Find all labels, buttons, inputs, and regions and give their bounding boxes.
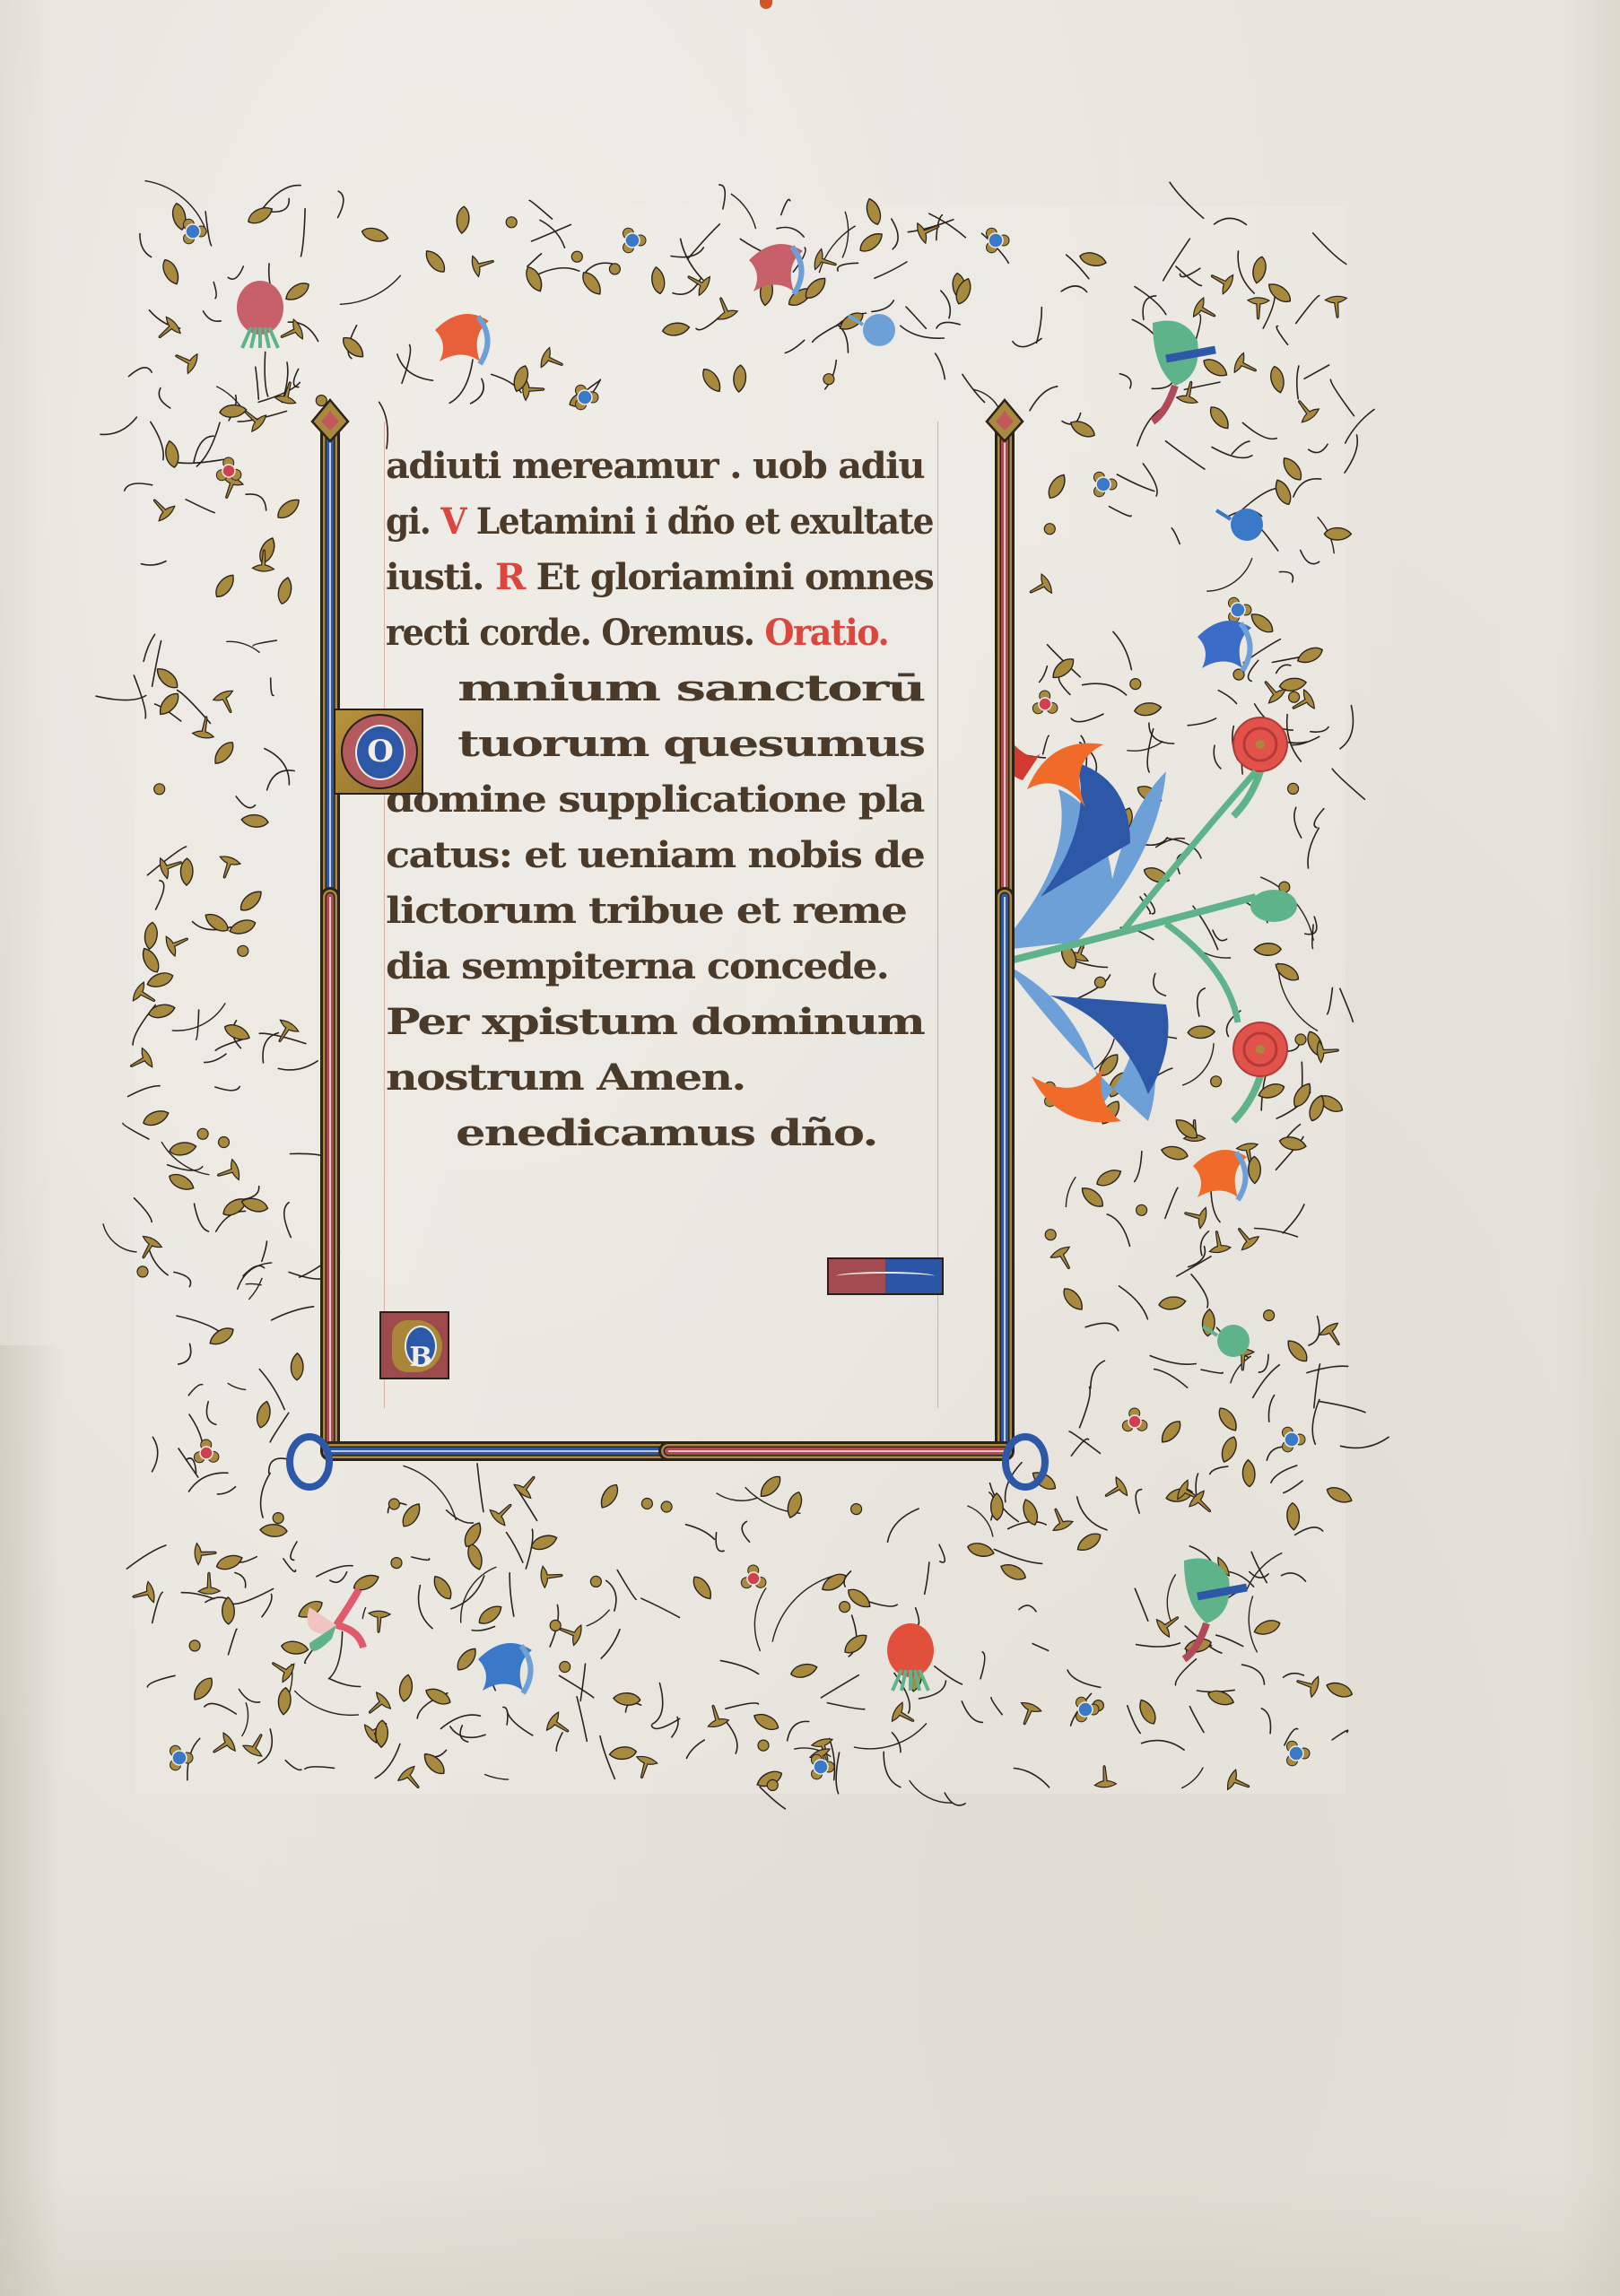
rubric-text: Oratio. — [764, 612, 888, 654]
text-line: adiuti mereamur . uob adiu — [386, 439, 924, 493]
text-segment: mnium sanctorū — [457, 667, 924, 709]
blue-flower-icon — [814, 1760, 828, 1774]
rubric-text: R — [495, 556, 525, 598]
gold-berry — [1264, 1310, 1275, 1321]
ink-tendril — [719, 185, 725, 209]
text-segment: lictorum tribue et reme — [386, 890, 906, 932]
red-flower-icon — [1039, 698, 1051, 710]
text-segment: gi. — [386, 500, 440, 543]
ruling-line-left — [384, 422, 385, 1408]
red-flower-icon — [222, 465, 235, 477]
red-flower-icon — [1128, 1415, 1141, 1428]
line-filler-swirl — [836, 1272, 935, 1281]
blue-flower-icon — [186, 224, 200, 239]
initial-letter: O — [357, 734, 404, 770]
gold-berry — [1295, 1034, 1306, 1045]
gold-berry — [137, 1266, 148, 1277]
text-line: Per xpistum dominum — [386, 996, 924, 1049]
text-segment: nostrum Amen. — [386, 1057, 745, 1099]
text-segment: tuorum quesumus — [457, 723, 924, 765]
blue-flower-icon — [989, 233, 1003, 248]
initial-letter: B — [406, 1340, 435, 1376]
text-line: enedicamus dño. — [456, 1107, 877, 1161]
text-line: tuorum quesumus — [457, 717, 924, 771]
gold-berry — [851, 1504, 862, 1515]
red-flower-icon — [747, 1572, 760, 1585]
blue-flower-icon — [1289, 1746, 1303, 1761]
gold-berry — [197, 1128, 208, 1139]
gold-berry — [273, 1513, 283, 1524]
text-segment: dia sempiterna concede. — [386, 945, 888, 987]
rubric-text: V — [440, 500, 466, 543]
text-segment: Per xpistum dominum — [386, 1001, 924, 1043]
illuminated-initial-b: B — [379, 1311, 449, 1379]
text-line: dia sempiterna concede. — [386, 940, 888, 994]
gold-berry — [238, 945, 248, 956]
gold-berry — [840, 1602, 850, 1613]
blue-flower-icon — [1096, 477, 1110, 491]
text-segment: adiuti mereamur . uob adiu — [386, 445, 924, 487]
text-line: domine supplicatione pla — [386, 773, 924, 827]
gold-berry — [506, 217, 517, 228]
ink-tendril — [263, 186, 301, 209]
text-line: gi. V Letamini i dño et exultate — [386, 495, 933, 549]
line-filler — [827, 1257, 944, 1295]
ink-tendril — [945, 1793, 965, 1805]
gold-berry — [641, 1499, 652, 1509]
text-line: recti corde. Oremus. Oratio. — [386, 606, 888, 660]
initial-inner-blue: B — [405, 1326, 437, 1367]
text-line: nostrum Amen. — [386, 1051, 745, 1105]
text-line: catus: et ueniam nobis de — [386, 829, 924, 883]
gold-berry — [571, 251, 582, 262]
gold-berry — [1045, 1230, 1056, 1240]
gold-berry — [758, 1740, 769, 1751]
blue-flower-icon — [625, 233, 640, 248]
ink-tendril — [1341, 1437, 1389, 1448]
gold-berry — [154, 784, 165, 795]
gold-berry — [767, 1779, 778, 1790]
text-line: lictorum tribue et reme — [386, 884, 906, 938]
red-flower-icon — [200, 1447, 213, 1459]
gold-berry — [1211, 1076, 1222, 1087]
text-line: mnium sanctorū — [457, 662, 924, 716]
text-segment: Et gloriamini omnes — [525, 556, 934, 598]
gold-berry — [1130, 679, 1141, 690]
gold-berry — [609, 264, 620, 274]
text-segment: enedicamus dño. — [456, 1112, 877, 1154]
gold-berry — [219, 1137, 230, 1148]
gold-leaf — [1324, 528, 1351, 541]
gold-berry — [1288, 783, 1299, 794]
text-line: iusti. R Et gloriamini omnes — [386, 551, 933, 604]
acanthus-leaf-green — [1250, 890, 1297, 922]
gold-berry — [1044, 524, 1055, 535]
text-segment: Letamini i dño et exultate — [466, 500, 933, 543]
blue-flower-icon — [172, 1751, 187, 1765]
gold-berry — [661, 1501, 672, 1512]
gold-berry — [590, 1576, 601, 1587]
illuminated-initial-o: O — [334, 709, 423, 795]
gold-berry — [1137, 1205, 1147, 1215]
text-segment: recti corde. Oremus. — [386, 612, 764, 654]
blue-flower-icon — [1078, 1702, 1093, 1717]
text-segment: catus: et ueniam nobis de — [386, 834, 924, 876]
ink-vine — [103, 1223, 137, 1252]
gold-berry — [1094, 977, 1105, 987]
ink-tendril — [100, 417, 136, 434]
initial-ring: O — [341, 714, 418, 789]
blue-flower-icon — [1231, 603, 1245, 617]
initial-inner-blue: O — [355, 725, 405, 780]
text-segment: domine supplicatione pla — [386, 778, 924, 821]
gold-berry — [189, 1640, 200, 1651]
blue-flower-icon — [578, 390, 592, 404]
gold-berry — [560, 1662, 570, 1673]
gold-berry — [823, 374, 834, 385]
blue-flower-icon — [1285, 1432, 1299, 1447]
gold-berry — [388, 1499, 399, 1509]
gold-berry — [391, 1558, 402, 1569]
ink-tendril — [1346, 410, 1374, 444]
gold-berry — [1289, 691, 1300, 702]
text-segment: iusti. — [386, 556, 495, 598]
